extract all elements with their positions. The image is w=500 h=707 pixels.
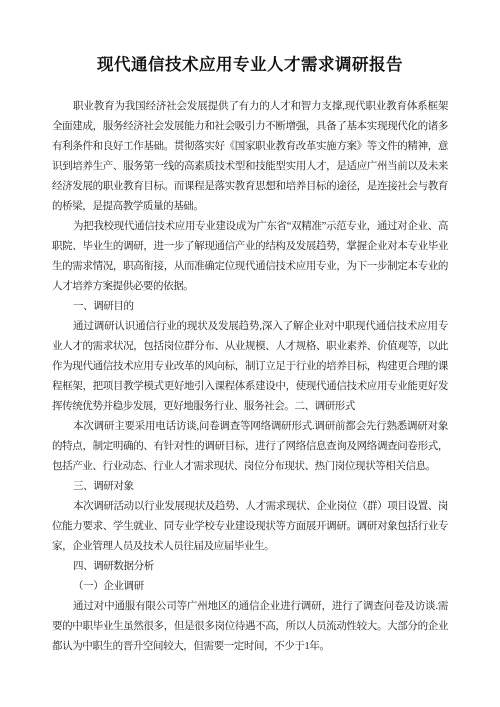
paragraph: 本次调研主要采用电话访谈,问卷调查等网络调研形式.调研前都会先行熟悉调研对象的特…	[52, 417, 448, 477]
paragraph: 职业教育为我国经济社会发展提供了有力的人才和智力支撑,现代职业教育体系框架全面建…	[52, 97, 448, 217]
document-title: 现代通信技术应用专业人才需求调研报告	[52, 50, 448, 80]
section-heading: 三、调研对象	[52, 477, 448, 497]
section-heading: （一）企业调研	[52, 577, 448, 597]
section-heading: 四、调研数据分析	[52, 557, 448, 577]
document-body: 职业教育为我国经济社会发展提供了有力的人才和智力支撑,现代职业教育体系框架全面建…	[52, 97, 448, 657]
section-heading: 一、调研目的	[52, 297, 448, 317]
paragraph: 通过调研认识通信行业的现状及发展趋势,深入了解企业对中职现代通信技术应用专业人才…	[52, 317, 448, 417]
document-page: 现代通信技术应用专业人才需求调研报告 职业教育为我国经济社会发展提供了有力的人才…	[0, 0, 500, 707]
paragraph: 为把我校现代通信技术应用专业建设成为广东省“双精准”示范专业，通过对企业、高职院…	[52, 217, 448, 297]
paragraph: 本次调研活动以行业发展现状及趋势、人才需求现状、企业岗位（群）项目设置、岗位能力…	[52, 497, 448, 557]
paragraph: 通过对中通服有限公司等广州地区的通信企业进行调研，进行了调查问卷及访谈.需要的中…	[52, 597, 448, 657]
